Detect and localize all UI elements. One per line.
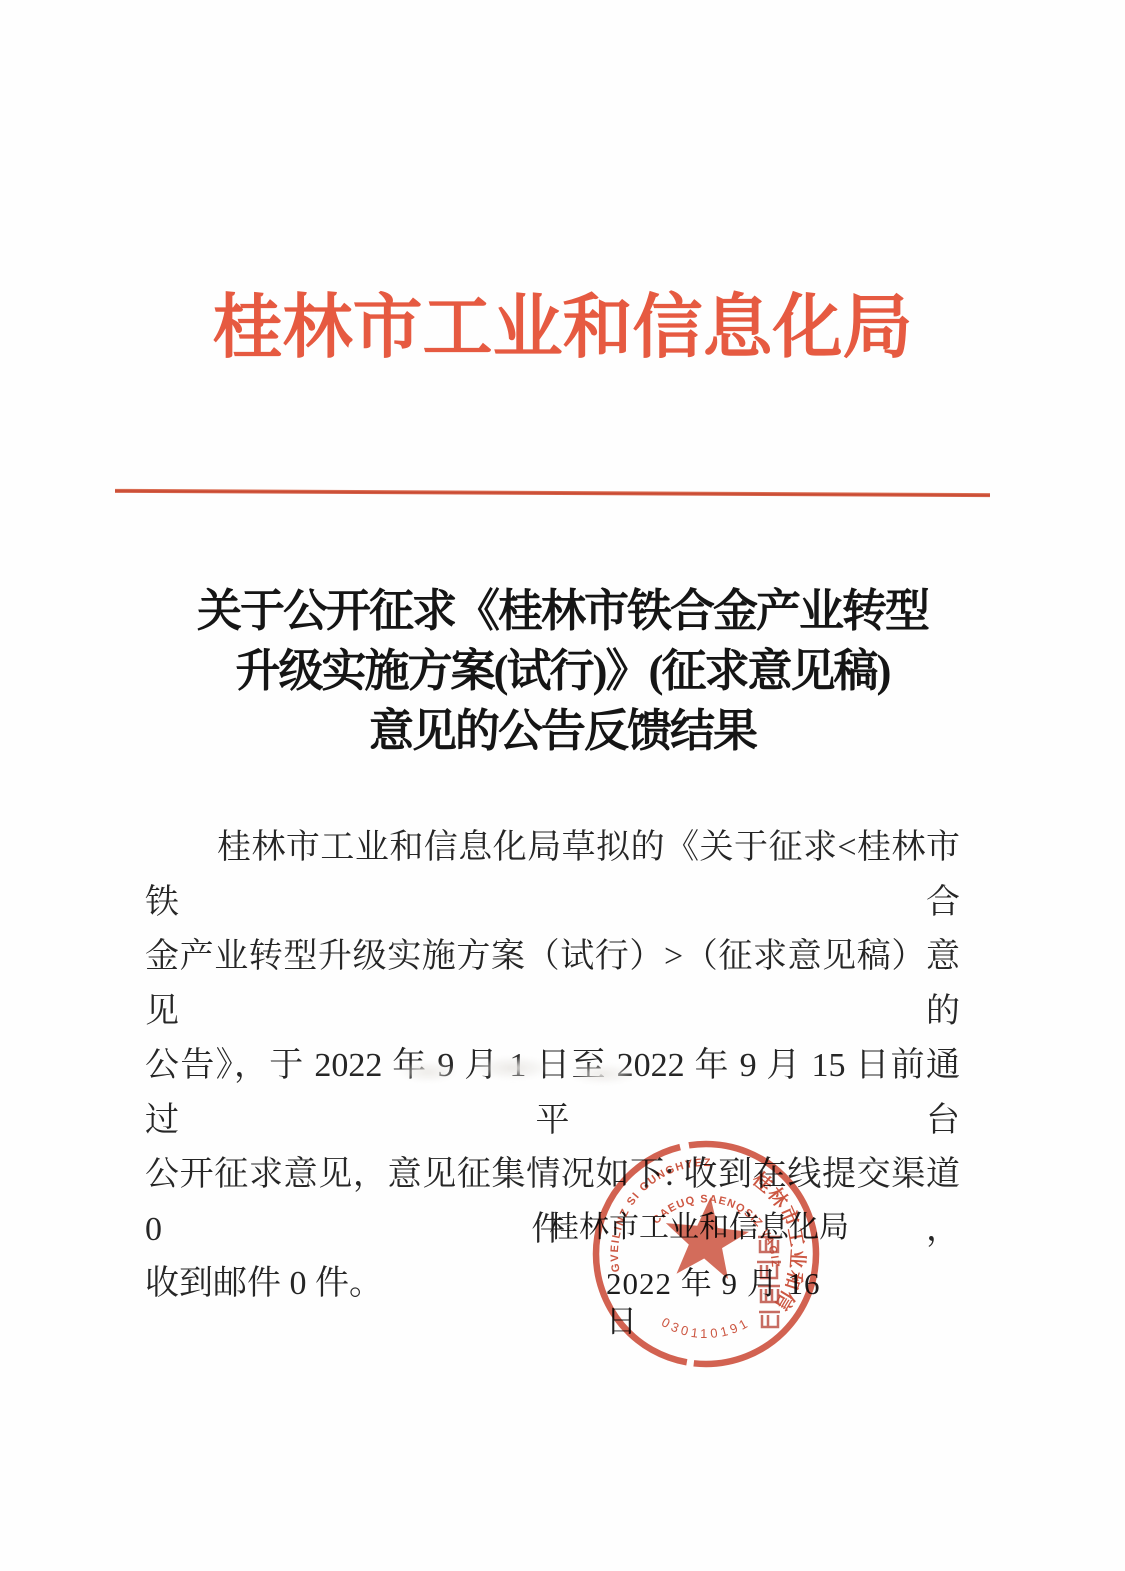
title-line-1: 关于公开征求《桂林市铁合金产业转型 bbox=[0, 581, 1125, 641]
header-divider-line bbox=[115, 489, 990, 497]
body-line-2: 金产业转型升级实施方案（试行）>（征求意见稿）意见的 bbox=[145, 930, 960, 1039]
official-seal: GVEILINZ SI GUNGHYEZ 桂林市工业和信息化局 CAEUQ SA… bbox=[586, 1134, 826, 1374]
body-line-1: 桂林市工业和信息化局草拟的《关于征求<桂林市铁合 bbox=[145, 821, 960, 930]
title-line-3: 意见的公告反馈结果 bbox=[0, 701, 1125, 761]
document-title: 关于公开征求《桂林市铁合金产业转型 升级实施方案(试行)》(征求意见稿) 意见的… bbox=[0, 581, 1125, 761]
bleed-through-smudge bbox=[388, 1046, 678, 1096]
agency-header-title: 桂林市工业和信息化局 bbox=[0, 284, 1125, 374]
document-page: 桂林市工业和信息化局 关于公开征求《桂林市铁合金产业转型 升级实施方案(试行)》… bbox=[0, 0, 1125, 1571]
title-line-2: 升级实施方案(试行)》(征求意见稿) bbox=[0, 641, 1125, 701]
